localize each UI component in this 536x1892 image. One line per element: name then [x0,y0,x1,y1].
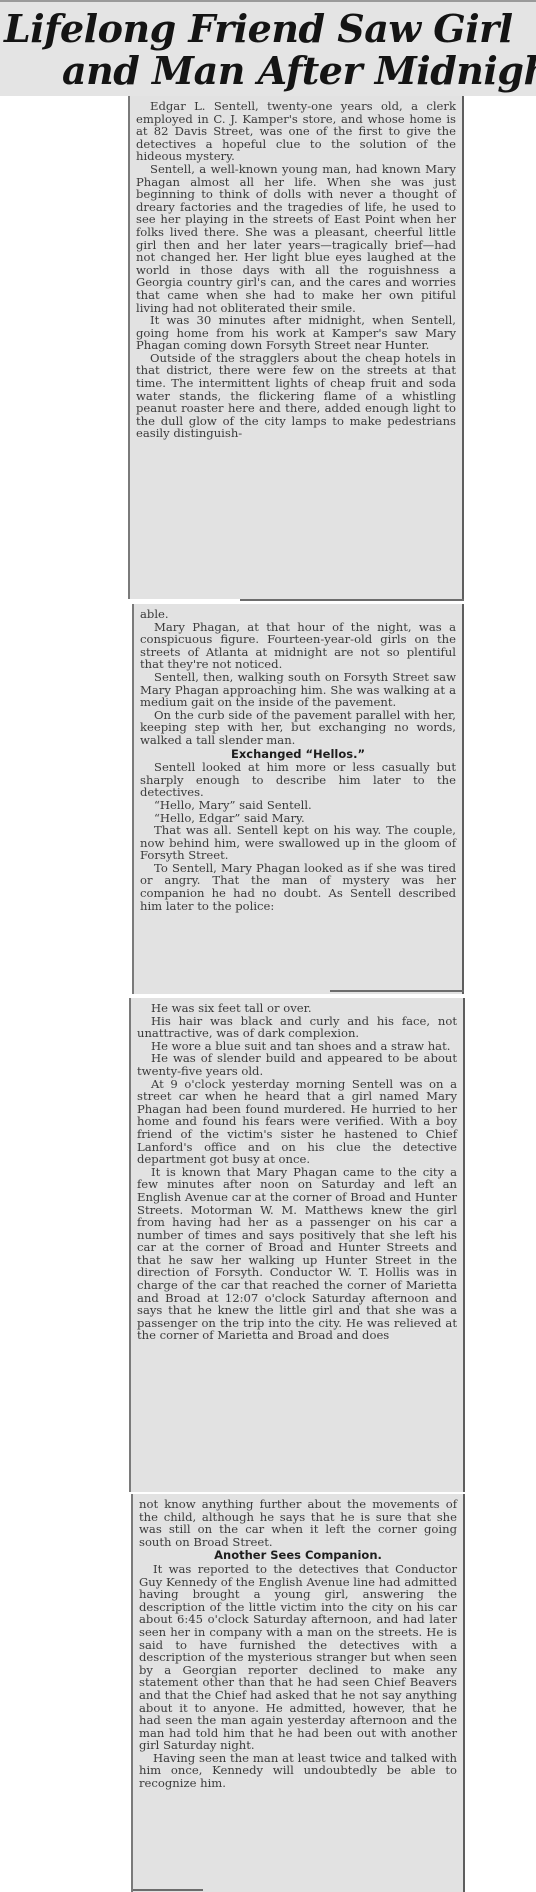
paragraph: He was of slender build and appeared to … [137,1052,457,1077]
paragraph-continuation: able. [140,608,456,621]
headline-line-2: and Man After Midnight [62,48,536,93]
paragraph: Sentell, then, walking south on Forsyth … [140,671,456,709]
article-column-segment-3: He was six feet tall or over. His hair w… [129,998,465,1492]
paragraph: He was six feet tall or over. [137,1002,457,1015]
subheading-another-sees-companion: Another Sees Companion. [139,1549,457,1562]
paragraph: That was all. Sentell kept on his way. T… [140,824,456,862]
paragraph: To Sentell, Mary Phagan looked as if she… [140,862,456,912]
paragraph: Having seen the man at least twice and t… [139,1752,457,1790]
paragraph-continuation: not know anything further about the move… [139,1498,457,1548]
column-end-rule [133,1889,203,1891]
headline-banner: Lifelong Friend Saw Girl and Man After M… [0,0,536,96]
paragraph: “Hello, Mary” said Sentell. [140,799,456,812]
subheading-exchanged-hellos: Exchanged “Hellos.” [140,748,456,761]
paragraph: It is known that Mary Phagan came to the… [137,1166,457,1342]
paragraph: Sentell, a well-known young man, had kno… [136,163,456,314]
paragraph: Outside of the stragglers about the chea… [136,352,456,440]
paragraph: At 9 o'clock yesterday morning Sentell w… [137,1078,457,1166]
column-divider-rule [330,990,464,992]
article-column-segment-4: not know anything further about the move… [131,1494,465,1892]
paragraph: Edgar L. Sentell, twenty-one years old, … [136,100,456,163]
paragraph: Mary Phagan, at that hour of the night, … [140,621,456,671]
paragraph: Sentell looked at him more or less casua… [140,761,456,799]
article-column-segment-1: Edgar L. Sentell, twenty-one years old, … [128,96,464,599]
paragraph: On the curb side of the pavement paralle… [140,709,456,747]
column-divider-rule [240,599,464,601]
headline-line-1: Lifelong Friend Saw Girl [4,6,513,51]
article-column-segment-2: able. Mary Phagan, at that hour of the n… [132,604,464,994]
paragraph: It was reported to the detectives that C… [139,1563,457,1752]
paragraph: His hair was black and curly and his fac… [137,1015,457,1040]
paragraph: It was 30 minutes after midnight, when S… [136,314,456,352]
